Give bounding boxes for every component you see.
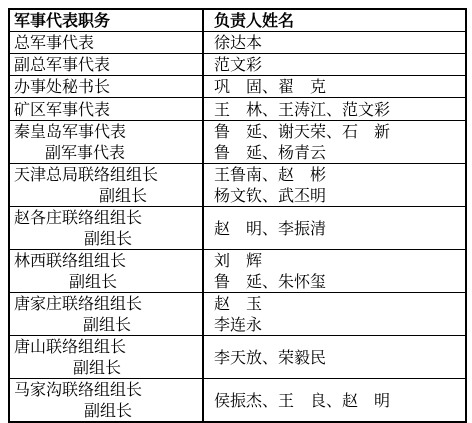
table-row: 马家沟联络组组长副组长侯振杰、王 良、赵 明 [9,379,466,423]
position-title: 办事处秘书长 [14,76,202,97]
position-deputy-title: 副组长 [14,185,202,206]
position-title: 总军事代表 [14,32,202,53]
names-line: 刘 辉 [214,250,465,271]
names-line: 鲁 延、朱怀玺 [214,271,465,292]
header-row: 军事代表职务 负责人姓名 [9,9,466,32]
names-line: 巩 固、翟 克 [214,76,465,97]
position-deputy-title: 副组长 [14,357,202,378]
position-title: 唐山联络组组长 [14,336,202,357]
names-line: 杨文钦、武丕明 [214,185,465,206]
position-cell: 副总军事代表 [9,54,203,76]
position-deputy-title: 副组长 [14,400,202,421]
table-row: 天津总局联络组组长副组长王鲁南、赵 彬杨文钦、武丕明 [9,164,466,207]
names-cell: 刘 辉鲁 延、朱怀玺 [203,250,466,293]
names-cell: 赵 玉李连永 [203,293,466,336]
position-cell: 办事处秘书长 [9,76,203,98]
position-cell: 矿区军事代表 [9,98,203,121]
table-row: 唐家庄联络组组长副组长赵 玉李连永 [9,293,466,336]
position-cell: 唐家庄联络组组长副组长 [9,293,203,336]
position-title: 唐家庄联络组组长 [14,293,202,314]
table-row: 秦皇岛军事代表副军事代表鲁 延、谢天荣、石 新鲁 延、杨青云 [9,121,466,164]
names-line: 王 林、王涛江、范文彩 [214,99,465,120]
table-row: 矿区军事代表王 林、王涛江、范文彩 [9,98,466,121]
position-cell: 唐山联络组组长副组长 [9,336,203,379]
names-line: 赵 玉 [214,293,465,314]
military-representatives-table: 军事代表职务 负责人姓名 总军事代表徐达本副总军事代表范文彩办事处秘书长巩 固、… [8,8,467,423]
position-title: 马家沟联络组组长 [14,379,202,400]
names-line: 王鲁南、赵 彬 [214,164,465,185]
position-cell: 赵各庄联络组组长副组长 [9,207,203,250]
position-title: 赵各庄联络组组长 [14,207,202,228]
position-title: 天津总局联络组组长 [14,164,202,185]
position-cell: 马家沟联络组组长副组长 [9,379,203,423]
position-title: 林西联络组组长 [14,250,202,271]
position-deputy-title: 副组长 [14,314,202,335]
table-row: 副总军事代表范文彩 [9,54,466,76]
table-body: 总军事代表徐达本副总军事代表范文彩办事处秘书长巩 固、翟 克矿区军事代表王 林、… [9,32,466,423]
names-cell: 巩 固、翟 克 [203,76,466,98]
header-names-column: 负责人姓名 [203,9,466,32]
position-deputy-title: 副组长 [14,271,202,292]
names-line: 鲁 延、谢天荣、石 新 [214,121,465,142]
names-line: 鲁 延、杨青云 [214,142,465,163]
names-cell: 李天放、荣毅民 [203,336,466,379]
page-canvas: 军事代表职务 负责人姓名 总军事代表徐达本副总军事代表范文彩办事处秘书长巩 固、… [0,0,472,423]
names-line: 李连永 [214,314,465,335]
table-row: 唐山联络组组长副组长李天放、荣毅民 [9,336,466,379]
names-cell: 王鲁南、赵 彬杨文钦、武丕明 [203,164,466,207]
position-cell: 总军事代表 [9,32,203,54]
names-cell: 侯振杰、王 良、赵 明 [203,379,466,423]
names-cell: 范文彩 [203,54,466,76]
position-title: 矿区军事代表 [14,99,202,120]
position-cell: 天津总局联络组组长副组长 [9,164,203,207]
table-row: 林西联络组组长副组长刘 辉鲁 延、朱怀玺 [9,250,466,293]
position-cell: 秦皇岛军事代表副军事代表 [9,121,203,164]
position-deputy-title: 副军事代表 [14,142,202,163]
position-cell: 林西联络组组长副组长 [9,250,203,293]
names-line: 李天放、荣毅民 [214,347,465,368]
table-row: 办事处秘书长巩 固、翟 克 [9,76,466,98]
table-row: 总军事代表徐达本 [9,32,466,54]
position-deputy-title: 副组长 [14,228,202,249]
names-line: 范文彩 [214,54,465,75]
names-cell: 徐达本 [203,32,466,54]
names-cell: 赵 明、李振清 [203,207,466,250]
position-title: 副总军事代表 [14,54,202,75]
names-cell: 鲁 延、谢天荣、石 新鲁 延、杨青云 [203,121,466,164]
names-cell: 王 林、王涛江、范文彩 [203,98,466,121]
names-line: 赵 明、李振清 [214,218,465,239]
header-position-column: 军事代表职务 [9,9,203,32]
names-line: 徐达本 [214,32,465,53]
position-title: 秦皇岛军事代表 [14,121,202,142]
names-line: 侯振杰、王 良、赵 明 [214,390,465,411]
table-row: 赵各庄联络组组长副组长赵 明、李振清 [9,207,466,250]
